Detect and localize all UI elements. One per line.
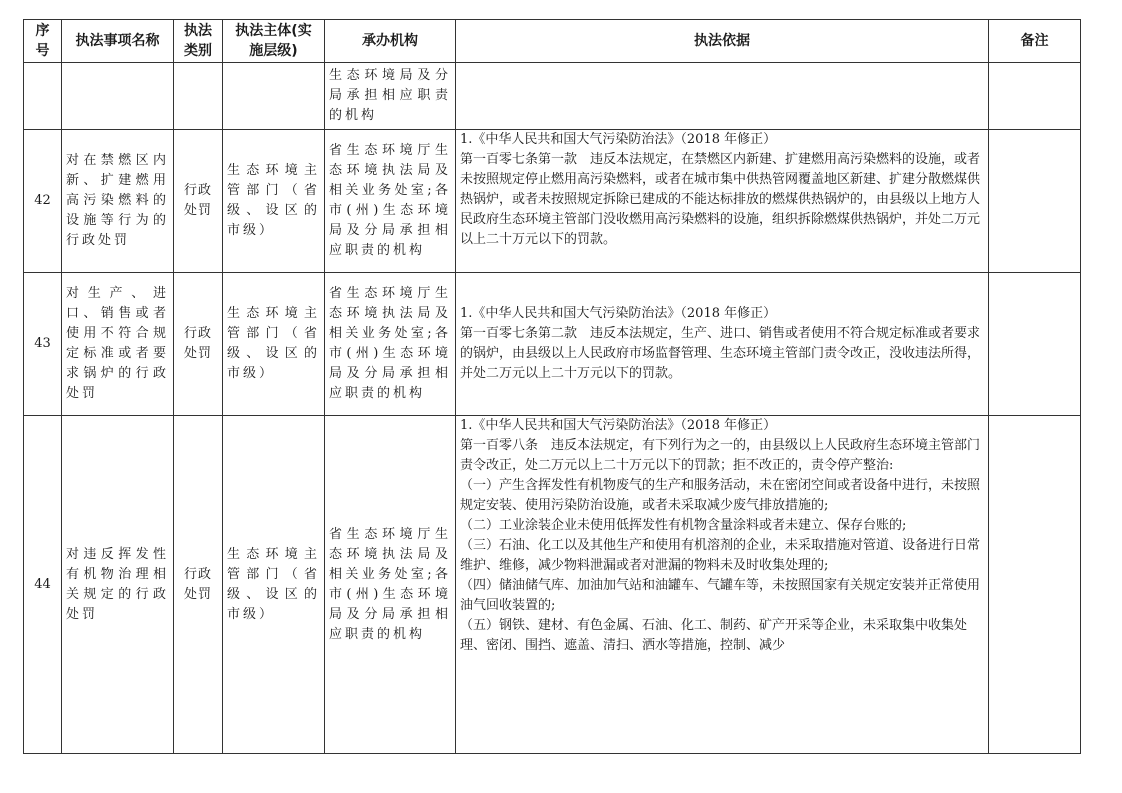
table-row-continuation: 生态环境局及分局承担相应职责的机构 — [24, 63, 1081, 130]
cell-basis: 1.《中华人民共和国大气污染防治法》（2018 年修正） 第一百零七条第一款 违… — [456, 130, 989, 273]
cell-subject: 生态环境主管部门（省级、设区的市级） — [223, 273, 325, 416]
cell-org: 省生态环境厅生态环境执法局及相关业务处室;各市(州)生态环境局及分局承担相应职责… — [325, 130, 456, 273]
basis-line: （四）储油储气库、加油加气站和油罐车、气罐车等，未按照国家有关规定安装并正常使用… — [460, 576, 984, 616]
cell-item-name: 对生产、进口、销售或者使用不符合规定标准或者要求锅炉的行政处罚 — [62, 273, 174, 416]
table-row-44: 44 对违反挥发性有机物治理相关规定的行政处罚 行政处罚 生态环境主管部门（省级… — [24, 416, 1081, 754]
cell-basis — [456, 63, 989, 130]
cell-item-name: 对违反挥发性有机物治理相关规定的行政处罚 — [62, 416, 174, 754]
cell-org: 生态环境局及分局承担相应职责的机构 — [325, 63, 456, 130]
cell-org: 省生态环境厅生态环境执法局及相关业务处室;各市(州)生态环境局及分局承担相应职责… — [325, 273, 456, 416]
cell-type: 行政处罚 — [174, 416, 223, 754]
cell-item-name — [62, 63, 174, 130]
basis-line: 第一百零八条 违反本法规定，有下列行为之一的，由县级以上人民政府生态环境主管部门… — [460, 436, 984, 476]
cell-no: 42 — [24, 130, 62, 273]
table-row-43: 43 对生产、进口、销售或者使用不符合规定标准或者要求锅炉的行政处罚 行政处罚 … — [24, 273, 1081, 416]
basis-line: 1.《中华人民共和国大气污染防治法》（2018 年修正） — [460, 304, 984, 324]
cell-remark — [989, 63, 1081, 130]
header-row: 序号 执法事项名称 执法类别 执法主体(实施层级) 承办机构 执法依据 备注 — [24, 20, 1081, 63]
cell-remark — [989, 273, 1081, 416]
header-item-name: 执法事项名称 — [62, 20, 174, 63]
cell-no — [24, 63, 62, 130]
cell-basis: 1.《中华人民共和国大气污染防治法》（2018 年修正） 第一百零七条第二款 违… — [456, 273, 989, 416]
header-subject: 执法主体(实施层级) — [223, 20, 325, 63]
basis-line: （一）产生含挥发性有机物废气的生产和服务活动，未在密闭空间或者设备中进行，未按照… — [460, 476, 984, 516]
basis-line: （二）工业涂装企业未使用低挥发性有机物含量涂料或者未建立、保存台账的; — [460, 516, 984, 536]
cell-subject: 生态环境主管部门（省级、设区的市级） — [223, 130, 325, 273]
cell-no: 43 — [24, 273, 62, 416]
cell-type — [174, 63, 223, 130]
cell-remark — [989, 416, 1081, 754]
basis-line: 1.《中华人民共和国大气污染防治法》（2018 年修正） — [460, 130, 984, 150]
basis-line: 1.《中华人民共和国大气污染防治法》（2018 年修正） — [460, 416, 984, 436]
cell-type: 行政处罚 — [174, 130, 223, 273]
basis-line: （五）钢铁、建材、有色金属、石油、化工、制药、矿产开采等企业，未采取集中收集处理… — [460, 616, 984, 656]
cell-basis: 1.《中华人民共和国大气污染防治法》（2018 年修正） 第一百零八条 违反本法… — [456, 416, 989, 754]
cell-org: 省生态环境厅生态环境执法局及相关业务处室;各市(州)生态环境局及分局承担相应职责… — [325, 416, 456, 754]
header-remark: 备注 — [989, 20, 1081, 63]
cell-remark — [989, 130, 1081, 273]
header-org: 承办机构 — [325, 20, 456, 63]
header-type: 执法类别 — [174, 20, 223, 63]
enforcement-items-table: 序号 执法事项名称 执法类别 执法主体(实施层级) 承办机构 执法依据 备注 生… — [23, 19, 1081, 754]
cell-subject — [223, 63, 325, 130]
basis-line: （三）石油、化工以及其他生产和使用有机溶剂的企业，未采取措施对管道、设备进行日常… — [460, 536, 984, 576]
basis-line: 第一百零七条第二款 违反本法规定，生产、进口、销售或者使用不符合规定标准或者要求… — [460, 324, 984, 384]
cell-type: 行政处罚 — [174, 273, 223, 416]
cell-item-name: 对在禁燃区内新、扩建燃用高污染燃料的设施等行为的行政处罚 — [62, 130, 174, 273]
cell-no: 44 — [24, 416, 62, 754]
cell-subject: 生态环境主管部门（省级、设区的市级） — [223, 416, 325, 754]
header-no: 序号 — [24, 20, 62, 63]
basis-line: 第一百零七条第一款 违反本法规定，在禁燃区内新建、扩建燃用高污染燃料的设施，或者… — [460, 150, 984, 250]
header-basis: 执法依据 — [456, 20, 989, 63]
table-row-42: 42 对在禁燃区内新、扩建燃用高污染燃料的设施等行为的行政处罚 行政处罚 生态环… — [24, 130, 1081, 273]
